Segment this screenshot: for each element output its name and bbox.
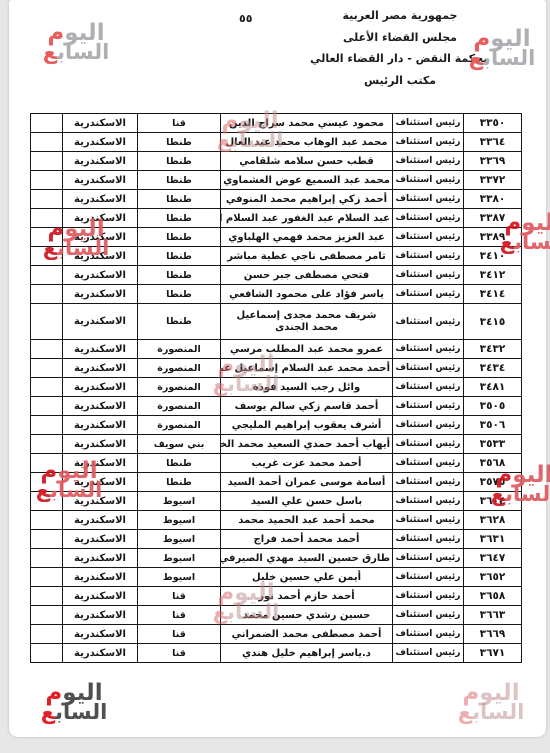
role-cell: رئيس استئناف [393,416,464,435]
branch-cell: طنطا [138,171,221,190]
empty-cell [31,397,63,416]
branch-cell: بني سويف [138,435,221,454]
serial-cell: ٣٣٧٢ [464,171,522,190]
serial-cell: ٣٦٦٩ [464,625,522,644]
empty-cell [31,625,63,644]
empty-cell [31,171,63,190]
role-cell: رئيس استئناف [393,511,464,530]
empty-cell [31,587,63,606]
table-row: ٣٤١٢رئيس استئناففتحي مصطفى جبر حسنطنطاال… [31,266,522,285]
branch-cell: المنصورة [138,359,221,378]
seat-cell: الاسكندرية [63,266,138,285]
branch-cell: قنا [138,644,221,663]
document-page: ٥٥ جمهورية مصر العربية مجلس القضاء الأعل… [9,0,546,737]
table-row: ٣٦٥٢رئيس استئنافأيمن علي حسين خليلاسيوطا… [31,568,522,587]
seat-cell: الاسكندرية [63,606,138,625]
name-cell: أشرف يعقوب إبراهيم المليجي [221,416,393,435]
table-row: ٣٣٥٠رئيس استئنافمحمود عيسي محمد سراج الد… [31,114,522,133]
serial-cell: ٣٦٠٤ [464,492,522,511]
name-cell: فتحي مصطفى جبر حسن [221,266,393,285]
table-row: ٣٥٦٨رئيس استئنافأحمد محمد عزت غريبطنطاال… [31,454,522,473]
table-row: ٣٤٨١رئيس استئنافوائل رجب السيد فودةالمنص… [31,378,522,397]
role-cell: رئيس استئناف [393,492,464,511]
branch-cell: قنا [138,606,221,625]
role-cell: رئيس استئناف [393,190,464,209]
name-cell: تامر مصطفى ناجي عطية مباشر [221,247,393,266]
judges-table: ٣٣٥٠رئيس استئنافمحمود عيسي محمد سراج الد… [30,113,522,663]
serial-cell: ٣٤١٥ [464,304,522,340]
seat-cell: الاسكندرية [63,133,138,152]
role-cell: رئيس استئناف [393,152,464,171]
seat-cell: الاسكندرية [63,228,138,247]
branch-cell: قنا [138,114,221,133]
empty-cell [31,359,63,378]
role-cell: رئيس استئناف [393,247,464,266]
serial-cell: ٣٣٨٧ [464,209,522,228]
role-cell: رئيس استئناف [393,228,464,247]
name-cell: محمد أحمد عبد الحميد محمد [221,511,393,530]
serial-cell: ٣٦٣١ [464,530,522,549]
empty-cell [31,606,63,625]
empty-cell [31,492,63,511]
name-cell: محمد عبد الوهاب محمد عبد العال [221,133,393,152]
name-cell: أحمد مصطفى محمد الضمراني [221,625,393,644]
seat-cell: الاسكندرية [63,340,138,359]
branch-cell: اسيوط [138,568,221,587]
role-cell: رئيس استئناف [393,397,464,416]
branch-cell: طنطا [138,473,221,492]
name-cell: قطب حسن سلامه شلقامي [221,152,393,171]
name-cell: شريف محمد مجدى إسماعيل محمد الجندى [221,304,393,340]
branch-cell: اسيوط [138,492,221,511]
seat-cell: الاسكندرية [63,247,138,266]
table-row: ٣٤٣٤رئيس استئنافأحمد محمد عبد السلام إسم… [31,359,522,378]
name-cell: أحمد حازم أحمد نور [221,587,393,606]
branch-cell: طنطا [138,152,221,171]
serial-cell: ٣٦٦٣ [464,606,522,625]
branch-cell: اسيوط [138,511,221,530]
name-cell: ياسر فؤاد على محمود الشافعي [221,285,393,304]
serial-cell: ٣٦٢٨ [464,511,522,530]
name-cell: عمرو محمد عبد المطلب مرسي [221,340,393,359]
serial-cell: ٣٤٨١ [464,378,522,397]
table-row: ٣٦٧١رئيس استئنافد.ياسر إبراهيم خليل هندي… [31,644,522,663]
branch-cell: المنصورة [138,397,221,416]
seat-cell: الاسكندرية [63,397,138,416]
name-cell: عبد العزيز محمد فهمي الهلباوي [221,228,393,247]
role-cell: رئيس استئناف [393,587,464,606]
seat-cell: الاسكندرية [63,587,138,606]
serial-cell: ٣٤٣٤ [464,359,522,378]
name-cell: محمد عبد السميع عوض العشماوي [221,171,393,190]
empty-cell [31,114,63,133]
branch-cell: المنصورة [138,378,221,397]
empty-cell [31,304,63,340]
serial-cell: ٣٦٥٢ [464,568,522,587]
name-cell: وائل رجب السيد فودة [221,378,393,397]
role-cell: رئيس استئناف [393,473,464,492]
name-cell: عبد السلام عبد الغفور عبد السلام الخولي [221,209,393,228]
seat-cell: الاسكندرية [63,171,138,190]
role-cell: رئيس استئناف [393,435,464,454]
table-row: ٣٥٣٣رئيس استئنافأيهاب أحمد حمدي السعيد م… [31,435,522,454]
empty-cell [31,416,63,435]
table-row: ٣٦٥٨رئيس استئنافأحمد حازم أحمد نورقناالا… [31,587,522,606]
seat-cell: الاسكندرية [63,625,138,644]
header-line-office: مكتب الرئيس [262,70,538,92]
header-line-country: جمهورية مصر العربية [262,5,538,27]
branch-cell: المنصورة [138,416,221,435]
seat-cell: الاسكندرية [63,435,138,454]
page-number: ٥٥ [239,12,252,25]
branch-cell: اسيوط [138,549,221,568]
serial-cell: ٣٣٥٠ [464,114,522,133]
role-cell: رئيس استئناف [393,625,464,644]
empty-cell [31,568,63,587]
seat-cell: الاسكندرية [63,114,138,133]
serial-cell: ٣٥٧٥ [464,473,522,492]
empty-cell [31,266,63,285]
role-cell: رئيس استئناف [393,644,464,663]
role-cell: رئيس استئناف [393,530,464,549]
seat-cell: الاسكندرية [63,644,138,663]
seat-cell: الاسكندرية [63,378,138,397]
role-cell: رئيس استئناف [393,340,464,359]
serial-cell: ٣٥٠٥ [464,397,522,416]
empty-cell [31,133,63,152]
serial-cell: ٣٥٣٣ [464,435,522,454]
seat-cell: الاسكندرية [63,454,138,473]
empty-cell [31,454,63,473]
empty-cell [31,209,63,228]
table-row: ٣٣٨٧رئيس استئنافعبد السلام عبد الغفور عب… [31,209,522,228]
empty-cell [31,644,63,663]
table-row: ٣٣٦٤رئيس استئنافمحمد عبد الوهاب محمد عبد… [31,133,522,152]
empty-cell [31,511,63,530]
branch-cell: طنطا [138,247,221,266]
header-line-council: مجلس القضاء الأعلى [262,27,538,49]
name-cell: باسل حسن علي السيد [221,492,393,511]
serial-cell: ٣٣٨٩ [464,228,522,247]
branch-cell: قنا [138,625,221,644]
name-cell: أحمد محمد عزت غريب [221,454,393,473]
serial-cell: ٣٣٦٤ [464,133,522,152]
role-cell: رئيس استئناف [393,171,464,190]
table-row: ٣٥٧٥رئيس استئنافأسامة موسى عمران أحمد ال… [31,473,522,492]
seat-cell: الاسكندرية [63,549,138,568]
table-row: ٣٣٨٠رئيس استئنافأحمد زكي إبراهيم محمد ال… [31,190,522,209]
table-row: ٣٣٧٢رئيس استئنافمحمد عبد السميع عوض العش… [31,171,522,190]
header-line-court: محكمة النقض - دار القضاء العالي [262,48,538,70]
serial-cell: ٣٦٤٧ [464,549,522,568]
branch-cell: المنصورة [138,340,221,359]
name-cell: أحمد قاسم زكي سالم يوسف [221,397,393,416]
name-cell: أحمد محمد عبد السلام إسماعيل عبد الله [221,359,393,378]
table-row: ٣٦٦٣رئيس استئنافحسين رشدي حسين محمدقناال… [31,606,522,625]
serial-cell: ٣٣٦٩ [464,152,522,171]
seat-cell: الاسكندرية [63,285,138,304]
branch-cell: طنطا [138,133,221,152]
branch-cell: طنطا [138,454,221,473]
serial-cell: ٣٣٨٠ [464,190,522,209]
role-cell: رئيس استئناف [393,549,464,568]
seat-cell: الاسكندرية [63,416,138,435]
seat-cell: الاسكندرية [63,473,138,492]
branch-cell: طنطا [138,285,221,304]
role-cell: رئيس استئناف [393,568,464,587]
branch-cell: طنطا [138,228,221,247]
serial-cell: ٣٤٣٢ [464,340,522,359]
table-row: ٣٤١٤رئيس استئنافياسر فؤاد على محمود الشا… [31,285,522,304]
name-cell: حسين رشدي حسين محمد [221,606,393,625]
serial-cell: ٣٥٦٨ [464,454,522,473]
table-row: ٣٤١٠رئيس استئنافتامر مصطفى ناجي عطية مبا… [31,247,522,266]
table-row: ٣٦٠٤رئيس استئنافباسل حسن علي السيداسيوطا… [31,492,522,511]
role-cell: رئيس استئناف [393,114,464,133]
table-row: ٣٦٤٧رئيس استئنافطارق حسين السيد مهدي الص… [31,549,522,568]
seat-cell: الاسكندرية [63,209,138,228]
table-row: ٣٦٣١رئيس استئنافأحمد محمد أحمد فراجاسيوط… [31,530,522,549]
empty-cell [31,247,63,266]
name-cell: أحمد زكي إبراهيم محمد المنوفي [221,190,393,209]
table-row: ٣٥٠٥رئيس استئنافأحمد قاسم زكي سالم يوسفا… [31,397,522,416]
name-cell: أيهاب أحمد حمدي السعيد محمد الخولي [221,435,393,454]
name-cell: محمود عيسي محمد سراج الدين [221,114,393,133]
role-cell: رئيس استئناف [393,285,464,304]
role-cell: رئيس استئناف [393,606,464,625]
name-cell: د.ياسر إبراهيم خليل هندي [221,644,393,663]
name-cell: أسامة موسى عمران أحمد السيد [221,473,393,492]
serial-cell: ٣٤١٢ [464,266,522,285]
empty-cell [31,435,63,454]
judges-table-body: ٣٣٥٠رئيس استئنافمحمود عيسي محمد سراج الد… [31,114,522,663]
branch-cell: طنطا [138,266,221,285]
table-row: ٣٦٢٨رئيس استئنافمحمد أحمد عبد الحميد محم… [31,511,522,530]
name-cell: أحمد محمد أحمد فراج [221,530,393,549]
empty-cell [31,228,63,247]
seat-cell: الاسكندرية [63,568,138,587]
table-row: ٣٣٨٩رئيس استئنافعبد العزيز محمد فهمي اله… [31,228,522,247]
name-cell: طارق حسين السيد مهدي الصيرفي [221,549,393,568]
empty-cell [31,190,63,209]
role-cell: رئيس استئناف [393,266,464,285]
serial-cell: ٣٦٥٨ [464,587,522,606]
empty-cell [31,473,63,492]
branch-cell: طنطا [138,304,221,340]
document-header: جمهورية مصر العربية مجلس القضاء الأعلى م… [262,5,538,91]
empty-cell [31,152,63,171]
seat-cell: الاسكندرية [63,511,138,530]
role-cell: رئيس استئناف [393,133,464,152]
branch-cell: اسيوط [138,530,221,549]
empty-cell [31,340,63,359]
table-row: ٣٤١٥رئيس استئنافشريف محمد مجدى إسماعيل م… [31,304,522,340]
empty-cell [31,549,63,568]
branch-cell: طنطا [138,209,221,228]
empty-cell [31,378,63,397]
screenshot-canvas: ٥٥ جمهورية مصر العربية مجلس القضاء الأعل… [0,0,550,753]
seat-cell: الاسكندرية [63,359,138,378]
table-row: ٣٦٦٩رئيس استئنافأحمد مصطفى محمد الضمراني… [31,625,522,644]
serial-cell: ٣٤١٠ [464,247,522,266]
role-cell: رئيس استئناف [393,359,464,378]
serial-cell: ٣٤١٤ [464,285,522,304]
seat-cell: الاسكندرية [63,304,138,340]
table-row: ٣٤٣٢رئيس استئنافعمرو محمد عبد المطلب مرس… [31,340,522,359]
role-cell: رئيس استئناف [393,209,464,228]
seat-cell: الاسكندرية [63,152,138,171]
seat-cell: الاسكندرية [63,492,138,511]
table-row: ٣٣٦٩رئيس استئنافقطب حسن سلامه شلقاميطنطا… [31,152,522,171]
role-cell: رئيس استئناف [393,454,464,473]
seat-cell: الاسكندرية [63,530,138,549]
branch-cell: طنطا [138,190,221,209]
empty-cell [31,285,63,304]
table-row: ٣٥٠٦رئيس استئنافأشرف يعقوب إبراهيم الملي… [31,416,522,435]
empty-cell [31,530,63,549]
branch-cell: قنا [138,587,221,606]
serial-cell: ٣٥٠٦ [464,416,522,435]
serial-cell: ٣٦٧١ [464,644,522,663]
name-cell: أيمن علي حسين خليل [221,568,393,587]
role-cell: رئيس استئناف [393,304,464,340]
role-cell: رئيس استئناف [393,378,464,397]
seat-cell: الاسكندرية [63,190,138,209]
